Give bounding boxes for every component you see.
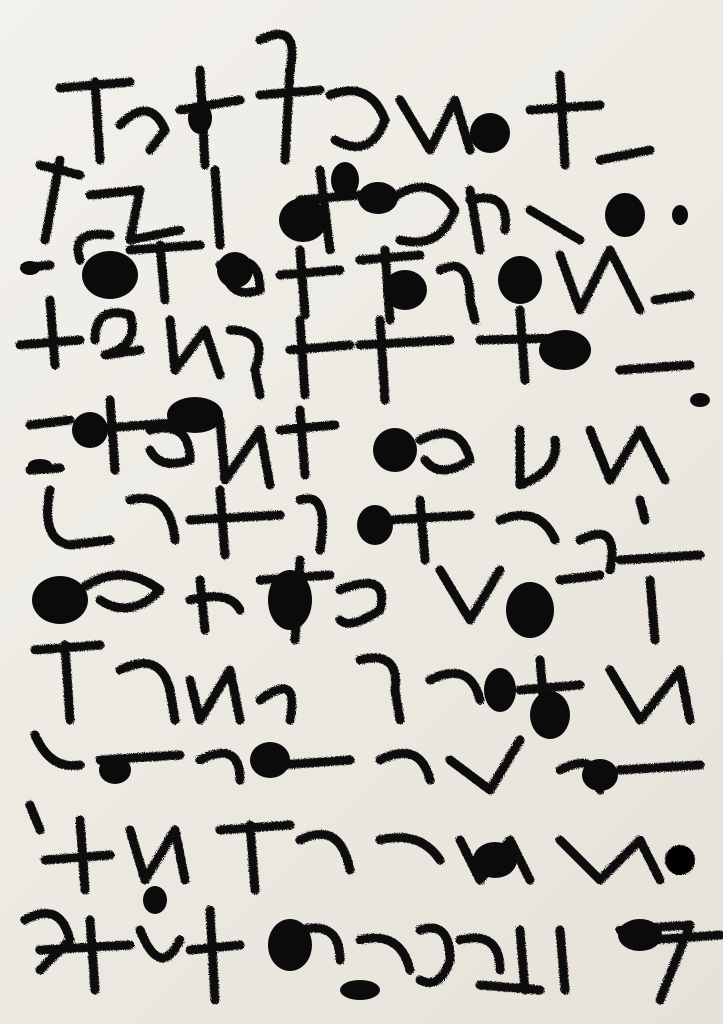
script-line-8 — [35, 645, 690, 720]
ink-blobs — [20, 102, 710, 1000]
script-line-10 — [30, 805, 695, 890]
script-line-1 — [60, 34, 650, 165]
script-line-5 — [30, 400, 665, 485]
asemic-script — [0, 0, 723, 1024]
artwork-canvas: Asemic calligraphy — [0, 0, 723, 1024]
script-line-6 — [30, 468, 645, 570]
